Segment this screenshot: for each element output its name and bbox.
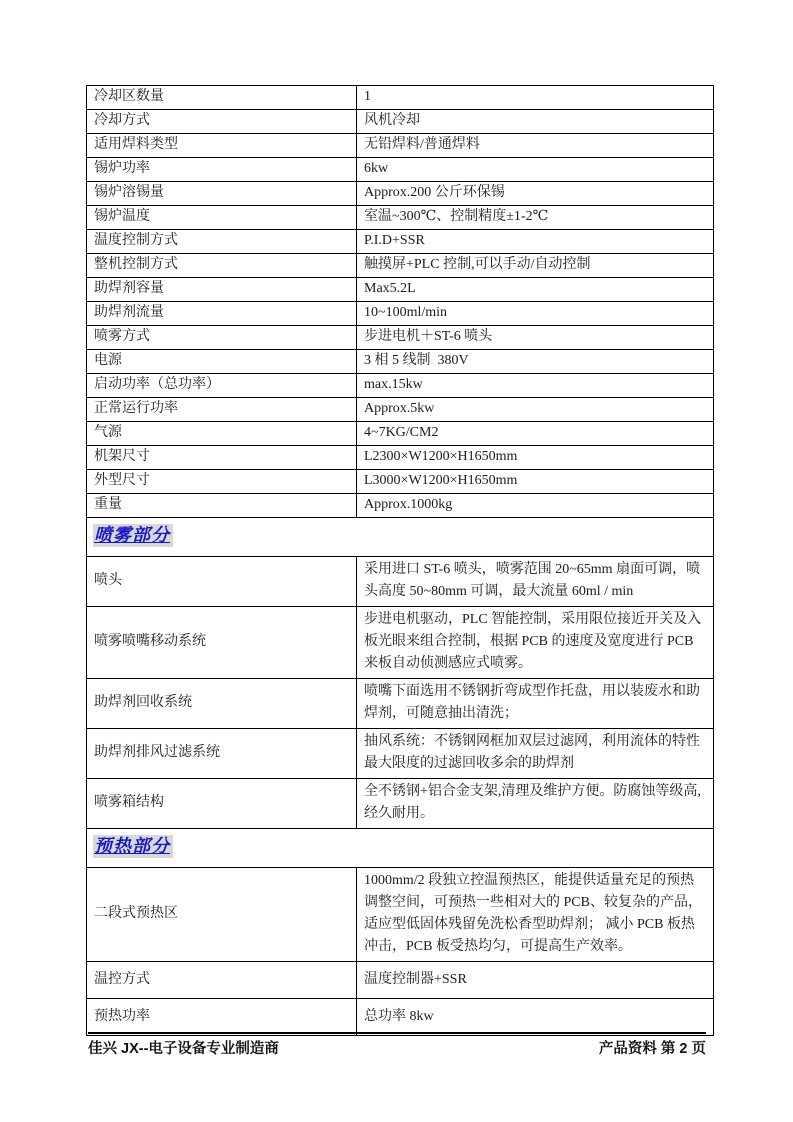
table-row: 助焊剂回收系统 喷嘴下面选用不锈钢折弯成型作托盘，用以装废水和助焊剂，可随意抽出… bbox=[87, 679, 714, 729]
spec-value: 总功率 8kw bbox=[357, 999, 714, 1036]
spec-value: 喷嘴下面选用不锈钢折弯成型作托盘，用以装废水和助焊剂，可随意抽出清洗； bbox=[357, 679, 714, 729]
spec-value: P.I.D+SSR bbox=[357, 230, 714, 254]
spec-value: 风机冷却 bbox=[357, 110, 714, 134]
spec-value: 3 相 5 线制 380V bbox=[357, 350, 714, 374]
spec-document: 冷却区数量 1 冷却方式 风机冷却 适用焊料类型 无铅焊料/普通焊料 锡炉功率 … bbox=[86, 85, 713, 1036]
spec-label: 冷却区数量 bbox=[87, 86, 357, 110]
table-row: 温度控制方式 P.I.D+SSR bbox=[87, 230, 714, 254]
table-row: 喷雾喷嘴移动系统 步进电机驱动，PLC 智能控制，采用限位接近开关及入板光眼来组… bbox=[87, 607, 714, 679]
spec-label: 温控方式 bbox=[87, 962, 357, 999]
table-row: 启动功率（总功率） max.15kw bbox=[87, 374, 714, 398]
table-row: 冷却方式 风机冷却 bbox=[87, 110, 714, 134]
document-page: 冷却区数量 1 冷却方式 风机冷却 适用焊料类型 无铅焊料/普通焊料 锡炉功率 … bbox=[0, 0, 793, 1122]
spec-label: 锡炉功率 bbox=[87, 158, 357, 182]
spec-label: 喷雾箱结构 bbox=[87, 779, 357, 829]
table-row: 正常运行功率 Approx.5kw bbox=[87, 398, 714, 422]
spec-value: L2300×W1200×H1650mm bbox=[357, 446, 714, 470]
spec-value: max.15kw bbox=[357, 374, 714, 398]
spec-value: 1000mm/2 段独立控温预热区，能提供适量充足的预热调整空间，可预热一些相对… bbox=[357, 868, 714, 962]
section-heading-row: 预热部分 bbox=[87, 829, 714, 868]
spec-value: 6kw bbox=[357, 158, 714, 182]
table-row: 温控方式 温度控制器+SSR bbox=[87, 962, 714, 999]
spec-value: Approx.200 公斤环保锡 bbox=[357, 182, 714, 206]
footer-company: 佳兴 JX--电子设备专业制造商 bbox=[88, 1037, 279, 1058]
table-row: 二段式预热区 1000mm/2 段独立控温预热区，能提供适量充足的预热调整空间，… bbox=[87, 868, 714, 962]
spec-label: 适用焊料类型 bbox=[87, 134, 357, 158]
table-row: 气源 4~7KG/CM2 bbox=[87, 422, 714, 446]
table-row: 外型尺寸 L3000×W1200×H1650mm bbox=[87, 470, 714, 494]
table-row: 助焊剂流量 10~100ml/min bbox=[87, 302, 714, 326]
footer-page-number: 产品资料 第 2 页 bbox=[599, 1037, 706, 1058]
spec-value: 步进电机＋ST-6 喷头 bbox=[357, 326, 714, 350]
spec-label: 二段式预热区 bbox=[87, 868, 357, 962]
spec-value: 温度控制器+SSR bbox=[357, 962, 714, 999]
spec-label: 喷雾方式 bbox=[87, 326, 357, 350]
spec-value: L3000×W1200×H1650mm bbox=[357, 470, 714, 494]
spec-label: 助焊剂排风过滤系统 bbox=[87, 729, 357, 779]
spec-value: 1 bbox=[357, 86, 714, 110]
spec-label: 助焊剂回收系统 bbox=[87, 679, 357, 729]
spec-label: 电源 bbox=[87, 350, 357, 374]
spec-label: 冷却方式 bbox=[87, 110, 357, 134]
spec-label: 气源 bbox=[87, 422, 357, 446]
table-row: 锡炉溶锡量 Approx.200 公斤环保锡 bbox=[87, 182, 714, 206]
section-heading-cell: 预热部分 bbox=[87, 829, 714, 868]
section-heading-cell: 喷雾部分 bbox=[87, 518, 714, 557]
spec-value: 触摸屏+PLC 控制,可以手动/自动控制 bbox=[357, 254, 714, 278]
table-row: 重量 Approx.1000kg bbox=[87, 494, 714, 518]
spec-value: 全不锈钢+铝合金支架,清理及维护方便。防腐蚀等级高,经久耐用。 bbox=[357, 779, 714, 829]
table-row: 锡炉功率 6kw bbox=[87, 158, 714, 182]
section-heading-spray: 喷雾部分 bbox=[93, 524, 173, 547]
spec-label: 机架尺寸 bbox=[87, 446, 357, 470]
page-footer: 佳兴 JX--电子设备专业制造商 产品资料 第 2 页 bbox=[88, 1032, 706, 1058]
spec-label: 喷头 bbox=[87, 557, 357, 607]
spec-value: 无铅焊料/普通焊料 bbox=[357, 134, 714, 158]
spec-label: 温度控制方式 bbox=[87, 230, 357, 254]
spec-label: 整机控制方式 bbox=[87, 254, 357, 278]
spec-value: Approx.5kw bbox=[357, 398, 714, 422]
table-row: 喷雾方式 步进电机＋ST-6 喷头 bbox=[87, 326, 714, 350]
table-row: 助焊剂排风过滤系统 抽风系统：不锈钢网框加双层过滤网，利用流体的特性最大限度的过… bbox=[87, 729, 714, 779]
spec-value: Max5.2L bbox=[357, 278, 714, 302]
spec-label: 喷雾喷嘴移动系统 bbox=[87, 607, 357, 679]
spec-label: 预热功率 bbox=[87, 999, 357, 1036]
spec-value: 4~7KG/CM2 bbox=[357, 422, 714, 446]
table-row: 助焊剂容量 Max5.2L bbox=[87, 278, 714, 302]
table-row: 冷却区数量 1 bbox=[87, 86, 714, 110]
section-heading-row: 喷雾部分 bbox=[87, 518, 714, 557]
spec-value: 步进电机驱动，PLC 智能控制，采用限位接近开关及入板光眼来组合控制，根据 PC… bbox=[357, 607, 714, 679]
spec-value: 10~100ml/min bbox=[357, 302, 714, 326]
table-row: 喷头 采用进口 ST-6 喷头，喷雾范围 20~65mm 扇面可调，喷头高度 5… bbox=[87, 557, 714, 607]
table-row: 电源 3 相 5 线制 380V bbox=[87, 350, 714, 374]
spec-label: 启动功率（总功率） bbox=[87, 374, 357, 398]
spec-label: 锡炉溶锡量 bbox=[87, 182, 357, 206]
spec-value: 室温~300℃、控制精度±1-2℃ bbox=[357, 206, 714, 230]
spec-label: 助焊剂容量 bbox=[87, 278, 357, 302]
table-row: 喷雾箱结构 全不锈钢+铝合金支架,清理及维护方便。防腐蚀等级高,经久耐用。 bbox=[87, 779, 714, 829]
table-row: 锡炉温度 室温~300℃、控制精度±1-2℃ bbox=[87, 206, 714, 230]
spec-label: 助焊剂流量 bbox=[87, 302, 357, 326]
spec-label: 正常运行功率 bbox=[87, 398, 357, 422]
spec-table: 冷却区数量 1 冷却方式 风机冷却 适用焊料类型 无铅焊料/普通焊料 锡炉功率 … bbox=[86, 85, 714, 1036]
spec-value: 抽风系统：不锈钢网框加双层过滤网，利用流体的特性最大限度的过滤回收多余的助焊剂 bbox=[357, 729, 714, 779]
spec-value: Approx.1000kg bbox=[357, 494, 714, 518]
spec-label: 外型尺寸 bbox=[87, 470, 357, 494]
spec-value: 采用进口 ST-6 喷头，喷雾范围 20~65mm 扇面可调，喷头高度 50~8… bbox=[357, 557, 714, 607]
table-row: 机架尺寸 L2300×W1200×H1650mm bbox=[87, 446, 714, 470]
spec-label: 重量 bbox=[87, 494, 357, 518]
table-row: 适用焊料类型 无铅焊料/普通焊料 bbox=[87, 134, 714, 158]
spec-label: 锡炉温度 bbox=[87, 206, 357, 230]
table-row: 整机控制方式 触摸屏+PLC 控制,可以手动/自动控制 bbox=[87, 254, 714, 278]
table-row: 预热功率 总功率 8kw bbox=[87, 999, 714, 1036]
section-heading-preheat: 预热部分 bbox=[93, 835, 173, 858]
